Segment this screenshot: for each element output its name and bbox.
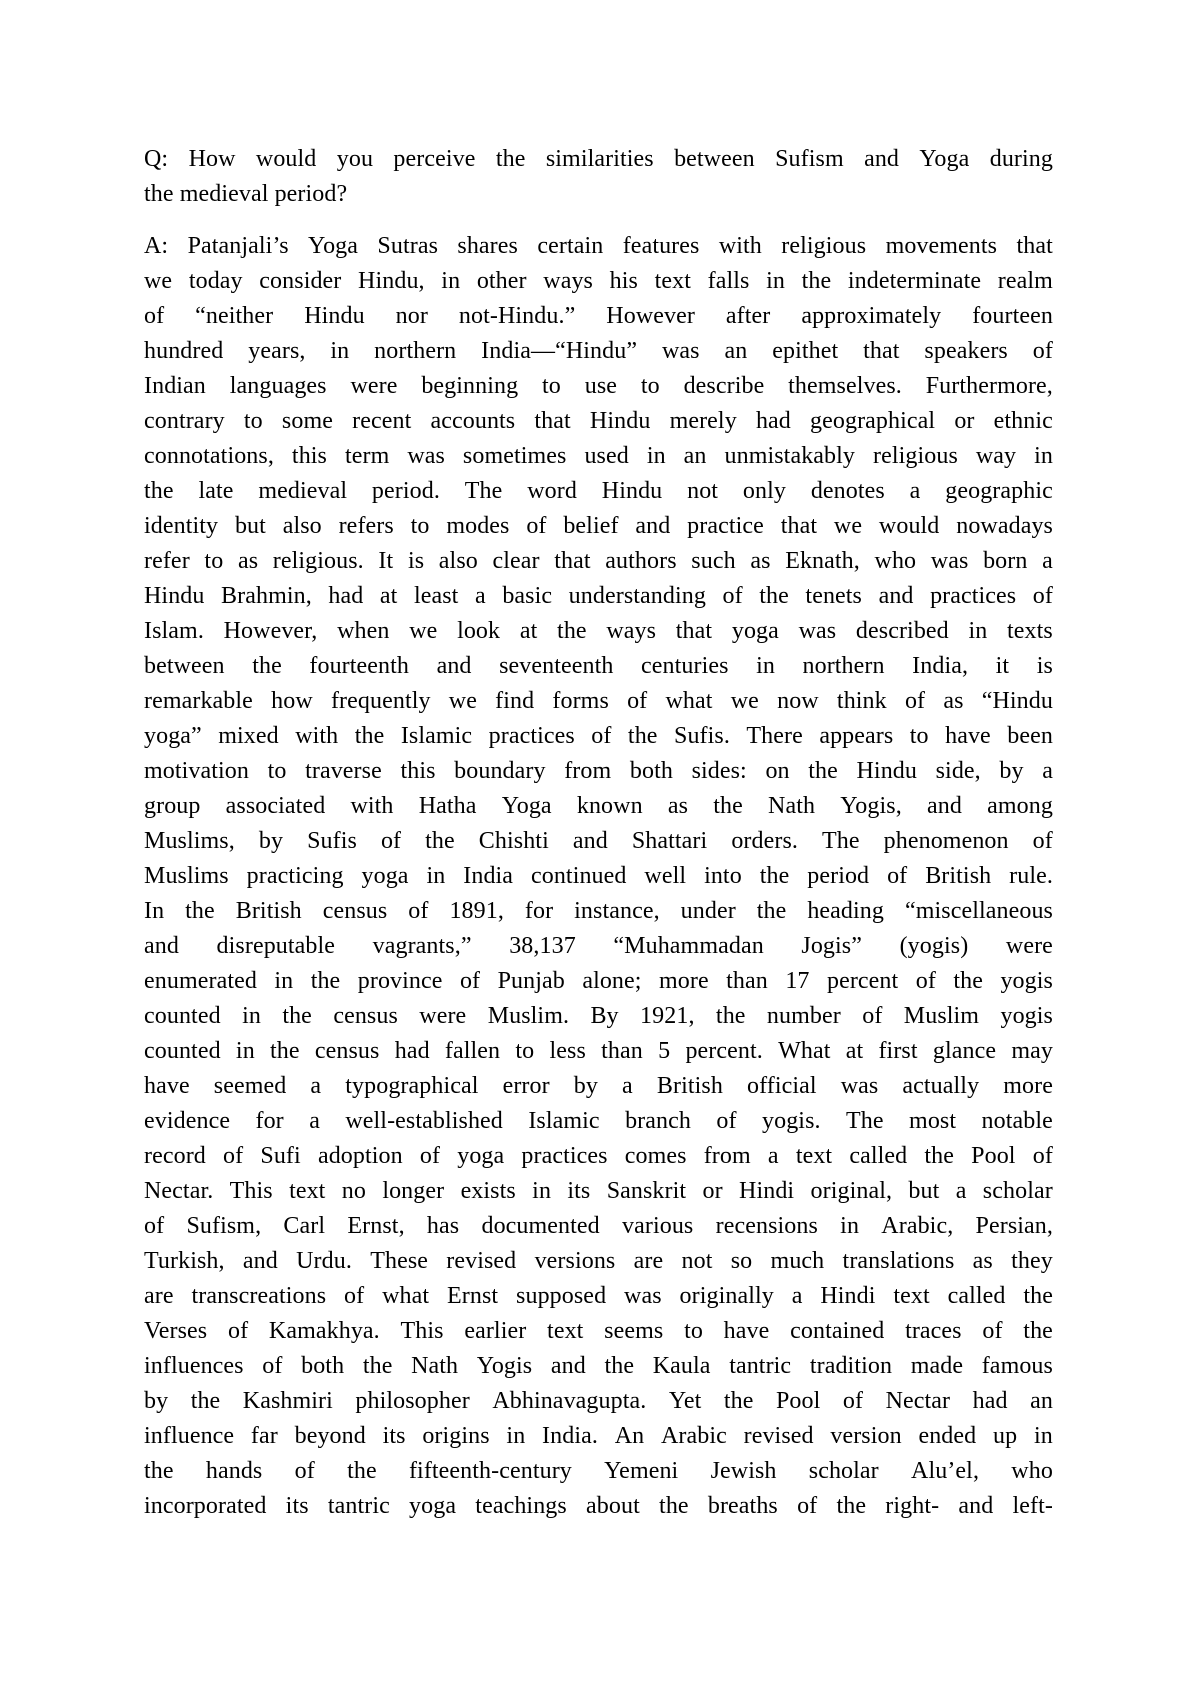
word: but <box>908 1174 939 1209</box>
word: certain <box>537 229 603 264</box>
word: of <box>591 719 611 754</box>
word: Arabic, <box>881 1209 953 1244</box>
word: recent <box>352 404 411 439</box>
word: appears <box>819 719 893 754</box>
word: of <box>1033 824 1053 859</box>
word: would <box>256 142 317 177</box>
text-line: aretranscreationsofwhatErnstsupposedwaso… <box>144 1279 1053 1314</box>
word: text <box>289 1174 325 1209</box>
word: as <box>668 789 688 824</box>
word: In <box>144 894 164 929</box>
word: we <box>144 264 172 299</box>
word: How <box>189 142 236 177</box>
word: of <box>144 299 164 334</box>
word: much <box>771 1244 825 1279</box>
word: to <box>910 719 929 754</box>
text-line: countedinthecensuswereMuslim.By1921,then… <box>144 999 1053 1034</box>
word: to <box>268 754 287 789</box>
word: of <box>262 1349 282 1384</box>
word: up <box>993 1419 1017 1454</box>
word: first <box>878 1034 917 1069</box>
word: as <box>973 1244 993 1279</box>
word: between <box>144 649 225 684</box>
word: of <box>144 1209 164 1244</box>
word: also <box>439 544 478 579</box>
word: with <box>350 789 393 824</box>
word: British <box>236 894 302 929</box>
word: the <box>311 964 341 999</box>
word: now <box>777 684 819 719</box>
word: left- <box>1013 1489 1053 1524</box>
word: traces <box>905 1314 962 1349</box>
word: hands <box>206 1454 263 1489</box>
word: the <box>355 719 385 754</box>
word: how <box>271 684 313 719</box>
word: seems <box>604 1314 663 1349</box>
word: traverse <box>305 754 382 789</box>
word: has <box>427 1209 459 1244</box>
word: to <box>204 544 223 579</box>
word: northern <box>803 649 885 684</box>
word: philosopher <box>355 1384 469 1419</box>
word: years, <box>248 334 305 369</box>
word: describe <box>684 369 765 404</box>
word: province <box>358 964 443 999</box>
word: nowadays <box>956 509 1053 544</box>
word: seventeenth <box>499 649 613 684</box>
word: the <box>760 859 790 894</box>
word: Alu’el, <box>911 1454 979 1489</box>
word: of <box>843 1384 863 1419</box>
word: by <box>574 1069 598 1104</box>
word: influence <box>144 1419 234 1454</box>
word: during <box>990 142 1053 177</box>
word: Sufism <box>775 142 844 177</box>
word: documented <box>481 1209 599 1244</box>
word: that <box>676 614 712 649</box>
word: from <box>704 1139 751 1174</box>
word: The <box>846 1104 884 1139</box>
word: the <box>659 1489 689 1524</box>
word: had <box>395 1034 430 1069</box>
text-line: betweenthefourteenthandseventeenthcentur… <box>144 649 1053 684</box>
text-line: Q:Howwouldyouperceivethesimilaritiesbetw… <box>144 142 1053 177</box>
word: and <box>879 579 914 614</box>
word: It <box>378 544 393 579</box>
word: modes <box>446 509 509 544</box>
word: Jewish <box>711 1454 777 1489</box>
word: Sufis. <box>674 719 730 754</box>
text-line: evidenceforawell-establishedIslamicbranc… <box>144 1104 1053 1139</box>
word: the <box>270 1034 300 1069</box>
word: more <box>1003 1069 1053 1104</box>
word: continued <box>531 859 627 894</box>
word: the <box>191 1384 221 1419</box>
text-line: ofSufism,CarlErnst,hasdocumentedvariousr… <box>144 1209 1053 1244</box>
word: Verses <box>144 1314 207 1349</box>
word: we <box>409 614 437 649</box>
word: instance, <box>574 894 660 929</box>
word: Carl <box>283 1209 325 1244</box>
word: period <box>807 859 869 894</box>
word: at <box>380 579 398 614</box>
word: late <box>198 474 233 509</box>
word: error <box>503 1069 550 1104</box>
word: seemed <box>214 1069 287 1104</box>
paragraph-answer: A:Patanjali’sYogaSutrassharescertainfeat… <box>144 229 1053 1524</box>
word: sides: <box>692 754 747 789</box>
word: and <box>551 1349 586 1384</box>
word: yoga <box>409 1489 456 1524</box>
word: not <box>682 1244 713 1279</box>
word: and <box>144 929 179 964</box>
word: India <box>463 859 513 894</box>
word: the <box>282 999 312 1034</box>
word: that <box>1017 229 1053 264</box>
word: religious. <box>273 544 364 579</box>
word: Sanskrit <box>607 1174 686 1209</box>
word: the <box>557 614 587 649</box>
word: of <box>381 824 401 859</box>
word: period. <box>372 474 440 509</box>
word: both <box>301 1349 344 1384</box>
word: into <box>704 859 742 894</box>
word: the <box>496 142 526 177</box>
word: realm <box>998 264 1053 299</box>
word: are <box>144 1279 174 1314</box>
word: the <box>724 1384 754 1419</box>
word: heading <box>807 894 884 929</box>
word: connotations, <box>144 439 274 474</box>
word: as <box>238 544 258 579</box>
word: Shattari <box>632 824 707 859</box>
word: who <box>1011 1454 1053 1489</box>
word: under <box>681 894 736 929</box>
word: 5 <box>658 1034 670 1069</box>
word: yoga <box>362 859 409 894</box>
word: remarkable <box>144 684 253 719</box>
word: movements <box>886 229 998 264</box>
word: was <box>931 544 969 579</box>
word: were <box>1006 929 1053 964</box>
word: called <box>948 1279 1006 1314</box>
word: fifteenth-century <box>409 1454 572 1489</box>
word: transcreations <box>191 1279 326 1314</box>
word: and <box>927 789 962 824</box>
word: may <box>1011 1034 1053 1069</box>
word: of <box>887 859 907 894</box>
word: number <box>767 999 841 1034</box>
word: what <box>665 684 712 719</box>
word: practices <box>521 1139 607 1174</box>
word: a <box>309 1104 320 1139</box>
word: record <box>144 1139 206 1174</box>
word: Nath <box>411 1349 458 1384</box>
word: consider <box>259 264 341 299</box>
word: However <box>606 299 695 334</box>
word: the <box>1023 1279 1053 1314</box>
text-line: the medieval period? <box>144 177 1053 212</box>
word: from <box>564 754 611 789</box>
word: adoption <box>318 1139 403 1174</box>
word: versions <box>535 1244 616 1279</box>
word: identity <box>144 509 218 544</box>
word: yogis <box>1000 964 1053 999</box>
word: shares <box>457 229 518 264</box>
word: Eknath, <box>785 544 860 579</box>
word: The <box>465 474 503 509</box>
word: to <box>515 1034 534 1069</box>
word: yoga <box>732 614 779 649</box>
word: had <box>973 1384 1008 1419</box>
word: centuries <box>641 649 729 684</box>
word: an <box>724 334 747 369</box>
word: the <box>802 264 832 299</box>
word: less <box>549 1034 585 1069</box>
word: the <box>347 1454 377 1489</box>
word: and <box>573 824 608 859</box>
word: northern <box>374 334 456 369</box>
word: who <box>875 544 917 579</box>
text-line: haveseemedatypographicalerrorbyaBritisho… <box>144 1069 1053 1104</box>
word: its <box>286 1489 309 1524</box>
word: speakers <box>924 334 1007 369</box>
word: Hindu <box>602 474 663 509</box>
word: have <box>144 1069 190 1104</box>
word: of <box>1033 334 1053 369</box>
word: British <box>925 859 991 894</box>
word: India—“Hindu” <box>481 334 637 369</box>
word: vagrants,” <box>373 929 472 964</box>
word: Nath <box>768 789 815 824</box>
word: frequently <box>331 684 431 719</box>
word: Ernst, <box>347 1209 404 1244</box>
word: scholar <box>809 1454 879 1489</box>
word: of <box>862 999 882 1034</box>
word: Hatha <box>419 789 477 824</box>
word: Yet <box>669 1384 702 1419</box>
text-line: VersesofKamakhya.Thisearliertextseemstoh… <box>144 1314 1053 1349</box>
word: of <box>723 579 743 614</box>
word: Punjab <box>498 964 565 999</box>
word: actually <box>902 1069 979 1104</box>
word: they <box>1011 1244 1053 1279</box>
text-line: thehandsofthefifteenth-centuryYemeniJewi… <box>144 1454 1053 1489</box>
word: as <box>750 544 770 579</box>
word: branch <box>625 1104 691 1139</box>
word: original, <box>811 1174 893 1209</box>
word: Arabic <box>661 1419 727 1454</box>
word: Hindu <box>144 579 205 614</box>
text-line: motivationtotraversethisboundaryfromboth… <box>144 754 1053 789</box>
word: some <box>282 404 333 439</box>
word: practicing <box>247 859 344 894</box>
word: of <box>295 1454 315 1489</box>
word: of <box>420 1139 440 1174</box>
word: There <box>746 719 802 754</box>
word: yogis. <box>762 1104 821 1139</box>
word: 1891, <box>449 894 504 929</box>
word: sometimes <box>463 439 567 474</box>
word: and <box>958 1489 993 1524</box>
text-line: Turkish,andUrdu.Theserevisedversionsaren… <box>144 1244 1053 1279</box>
word: practices <box>489 719 575 754</box>
word: clear <box>493 544 540 579</box>
word: census <box>315 1034 380 1069</box>
word: earlier <box>464 1314 526 1349</box>
word: in <box>756 649 775 684</box>
word: the <box>185 894 215 929</box>
word: the <box>808 754 838 789</box>
word: text <box>547 1314 583 1349</box>
word: called <box>849 1139 907 1174</box>
word: by <box>999 754 1023 789</box>
word: in <box>506 1419 525 1454</box>
word: “miscellaneous <box>905 894 1053 929</box>
word: ethnic <box>994 404 1053 439</box>
word: basic <box>502 579 552 614</box>
word: Kamakhya. <box>269 1314 380 1349</box>
word: texts <box>1007 614 1053 649</box>
word: belief <box>563 509 618 544</box>
word: and <box>635 509 670 544</box>
word: so <box>731 1244 753 1279</box>
word: only <box>743 474 786 509</box>
word: used <box>584 439 628 474</box>
word: of <box>408 894 428 929</box>
word: to <box>684 1314 703 1349</box>
word: typographical <box>345 1069 478 1104</box>
word: the <box>628 719 658 754</box>
word: a <box>1042 544 1053 579</box>
word: think <box>837 684 887 719</box>
word: in <box>330 334 349 369</box>
word: made <box>911 1349 963 1384</box>
text-line: identitybutalsoreferstomodesofbeliefandp… <box>144 509 1053 544</box>
text-line: bytheKashmiriphilosopherAbhinavagupta.Ye… <box>144 1384 1053 1419</box>
word: about <box>586 1489 640 1524</box>
word: least <box>414 579 458 614</box>
word: both <box>630 754 673 789</box>
word: was <box>841 1069 879 1104</box>
text-line: connotations,thistermwassometimesusedina… <box>144 439 1053 474</box>
word: origins <box>422 1419 489 1454</box>
word: have <box>945 719 991 754</box>
word: of <box>905 684 925 719</box>
word: that <box>554 544 590 579</box>
word: between <box>674 142 755 177</box>
text-line: Islam.However,whenwelookatthewaysthatyog… <box>144 614 1053 649</box>
word: the <box>716 999 746 1034</box>
word: by <box>144 1384 168 1419</box>
word: Furthermore, <box>926 369 1053 404</box>
word: The <box>822 824 860 859</box>
word: By <box>590 999 618 1034</box>
word: the <box>757 894 787 929</box>
word: the <box>425 824 455 859</box>
word: the <box>953 964 983 999</box>
word: comes <box>625 1139 687 1174</box>
word: denotes <box>811 474 885 509</box>
word: Nectar. <box>144 1174 213 1209</box>
word: This <box>401 1314 444 1349</box>
word: in <box>968 614 987 649</box>
word: and <box>437 649 472 684</box>
word: India. <box>542 1419 598 1454</box>
word: of <box>344 1279 364 1314</box>
word: the <box>713 789 743 824</box>
word: than <box>601 1034 643 1069</box>
word: of <box>228 1314 248 1349</box>
text-line: contrarytosomerecentaccountsthatHindumer… <box>144 404 1053 439</box>
word: Indian <box>144 369 206 404</box>
word: well <box>644 859 686 894</box>
word: similarities <box>546 142 654 177</box>
word: revised <box>446 1244 516 1279</box>
word: we <box>731 684 759 719</box>
word: notable <box>982 1104 1053 1139</box>
word: in <box>426 859 445 894</box>
word: of <box>916 964 936 999</box>
word: version <box>830 1419 901 1454</box>
word: the <box>144 474 174 509</box>
word: its <box>567 1174 590 1209</box>
word: as <box>943 684 963 719</box>
text-line: yoga”mixedwiththeIslamicpracticesoftheSu… <box>144 719 1053 754</box>
word: tantric <box>328 1489 390 1524</box>
word: with <box>719 229 762 264</box>
word: but <box>235 509 266 544</box>
word: among <box>987 789 1053 824</box>
word: Yogis, <box>840 789 902 824</box>
word: to <box>411 509 430 544</box>
word: this <box>400 754 435 789</box>
word: fourteenth <box>309 649 409 684</box>
word: in <box>1034 439 1053 474</box>
word: known <box>577 789 643 824</box>
word: of <box>982 1314 1002 1349</box>
word: indeterminate <box>848 264 981 299</box>
word: in <box>532 1174 551 1209</box>
word: that <box>534 404 570 439</box>
word: yogis <box>1000 999 1053 1034</box>
word: Muslim. <box>488 999 569 1034</box>
word: the <box>252 649 282 684</box>
word: evidence <box>144 1104 230 1139</box>
word: tantric <box>729 1349 791 1384</box>
word: phenomenon <box>884 824 1009 859</box>
word: in <box>441 264 460 299</box>
word: of <box>526 509 546 544</box>
word: been <box>1007 719 1053 754</box>
word: Yoga <box>919 142 969 177</box>
word: yoga <box>457 1139 504 1174</box>
word: to <box>542 369 561 404</box>
word: tenets <box>805 579 862 614</box>
text-line: incorporateditstantricyogateachingsabout… <box>144 1489 1053 1524</box>
word: associated <box>226 789 326 824</box>
word: beginning <box>421 369 518 404</box>
word: Sufis <box>307 824 357 859</box>
word: Chishti <box>479 824 549 859</box>
word: word <box>527 474 577 509</box>
word: revised <box>744 1419 814 1454</box>
word: of <box>1033 1139 1053 1174</box>
word: features <box>623 229 700 264</box>
word: after <box>726 299 770 334</box>
word: languages <box>230 369 327 404</box>
word: born <box>983 544 1027 579</box>
